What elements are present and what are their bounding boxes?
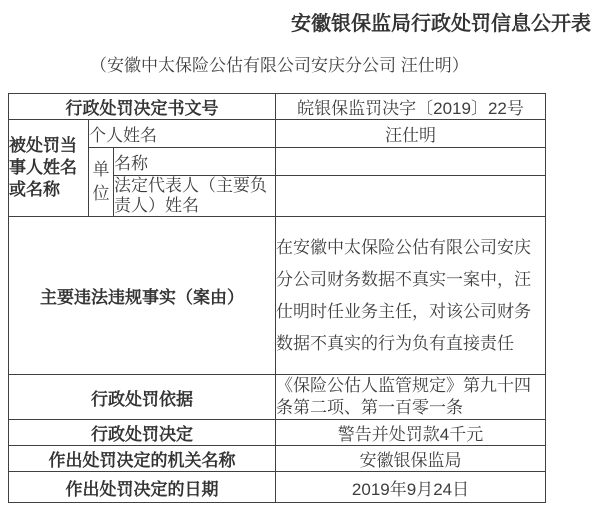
legal-rep-label: 法定代表人（主要负责人）姓名 (114, 176, 276, 217)
basis-value: 《保险公估人监管规定》第九十四条第二项、第一百零一条 (276, 375, 546, 420)
authority-value: 安徽银保监局 (276, 446, 546, 472)
person-name-label: 个人姓名 (89, 120, 276, 148)
decision-value: 警告并处罚款4千元 (276, 420, 546, 446)
row-authority: 作出处罚决定的机关名称 安徽银保监局 (9, 446, 546, 472)
person-name-value: 汪仕明 (276, 120, 546, 148)
date-label: 作出处罚决定的日期 (9, 472, 276, 503)
unit-name-label: 名称 (114, 148, 276, 176)
unit-name-value (276, 148, 546, 176)
page-subtitle: （安徽中太保险公估有限公司安庆分公司 汪仕明） (90, 51, 469, 76)
date-value: 2019年9月24日 (276, 472, 546, 503)
facts-label: 主要违法违规事实（案由） (9, 217, 276, 375)
doc-no-label: 行政处罚决定书文号 (9, 94, 276, 120)
row-doc-no: 行政处罚决定书文号 皖银保监罚决字〔2019〕22号 (9, 94, 546, 120)
row-facts: 主要违法违规事实（案由） 在安徽中太保险公估有限公司安庆分公司财务数据不真实一案… (9, 217, 546, 375)
legal-rep-value (276, 176, 546, 217)
doc-no-value: 皖银保监罚决字〔2019〕22号 (276, 94, 546, 120)
row-date: 作出处罚决定的日期 2019年9月24日 (9, 472, 546, 503)
authority-label: 作出处罚决定的机关名称 (9, 446, 276, 472)
row-decision: 行政处罚决定 警告并处罚款4千元 (9, 420, 546, 446)
party-name-label: 被处罚当事人姓名或名称 (9, 120, 89, 217)
facts-value: 在安徽中太保险公估有限公司安庆分公司财务数据不真实一案中，汪仕明时任业务主任，对… (276, 217, 546, 375)
unit-label: 单位 (89, 148, 114, 217)
decision-label: 行政处罚决定 (9, 420, 276, 446)
page-title: 安徽银保监局行政处罚信息公开表 (291, 7, 591, 36)
row-unit-name: 单位 名称 (9, 148, 546, 176)
penalty-info-table: 行政处罚决定书文号 皖银保监罚决字〔2019〕22号 被处罚当事人姓名或名称 个… (8, 93, 546, 503)
row-basis: 行政处罚依据 《保险公估人监管规定》第九十四条第二项、第一百零一条 (9, 375, 546, 420)
row-person-name: 被处罚当事人姓名或名称 个人姓名 汪仕明 (9, 120, 546, 148)
basis-label: 行政处罚依据 (9, 375, 276, 420)
